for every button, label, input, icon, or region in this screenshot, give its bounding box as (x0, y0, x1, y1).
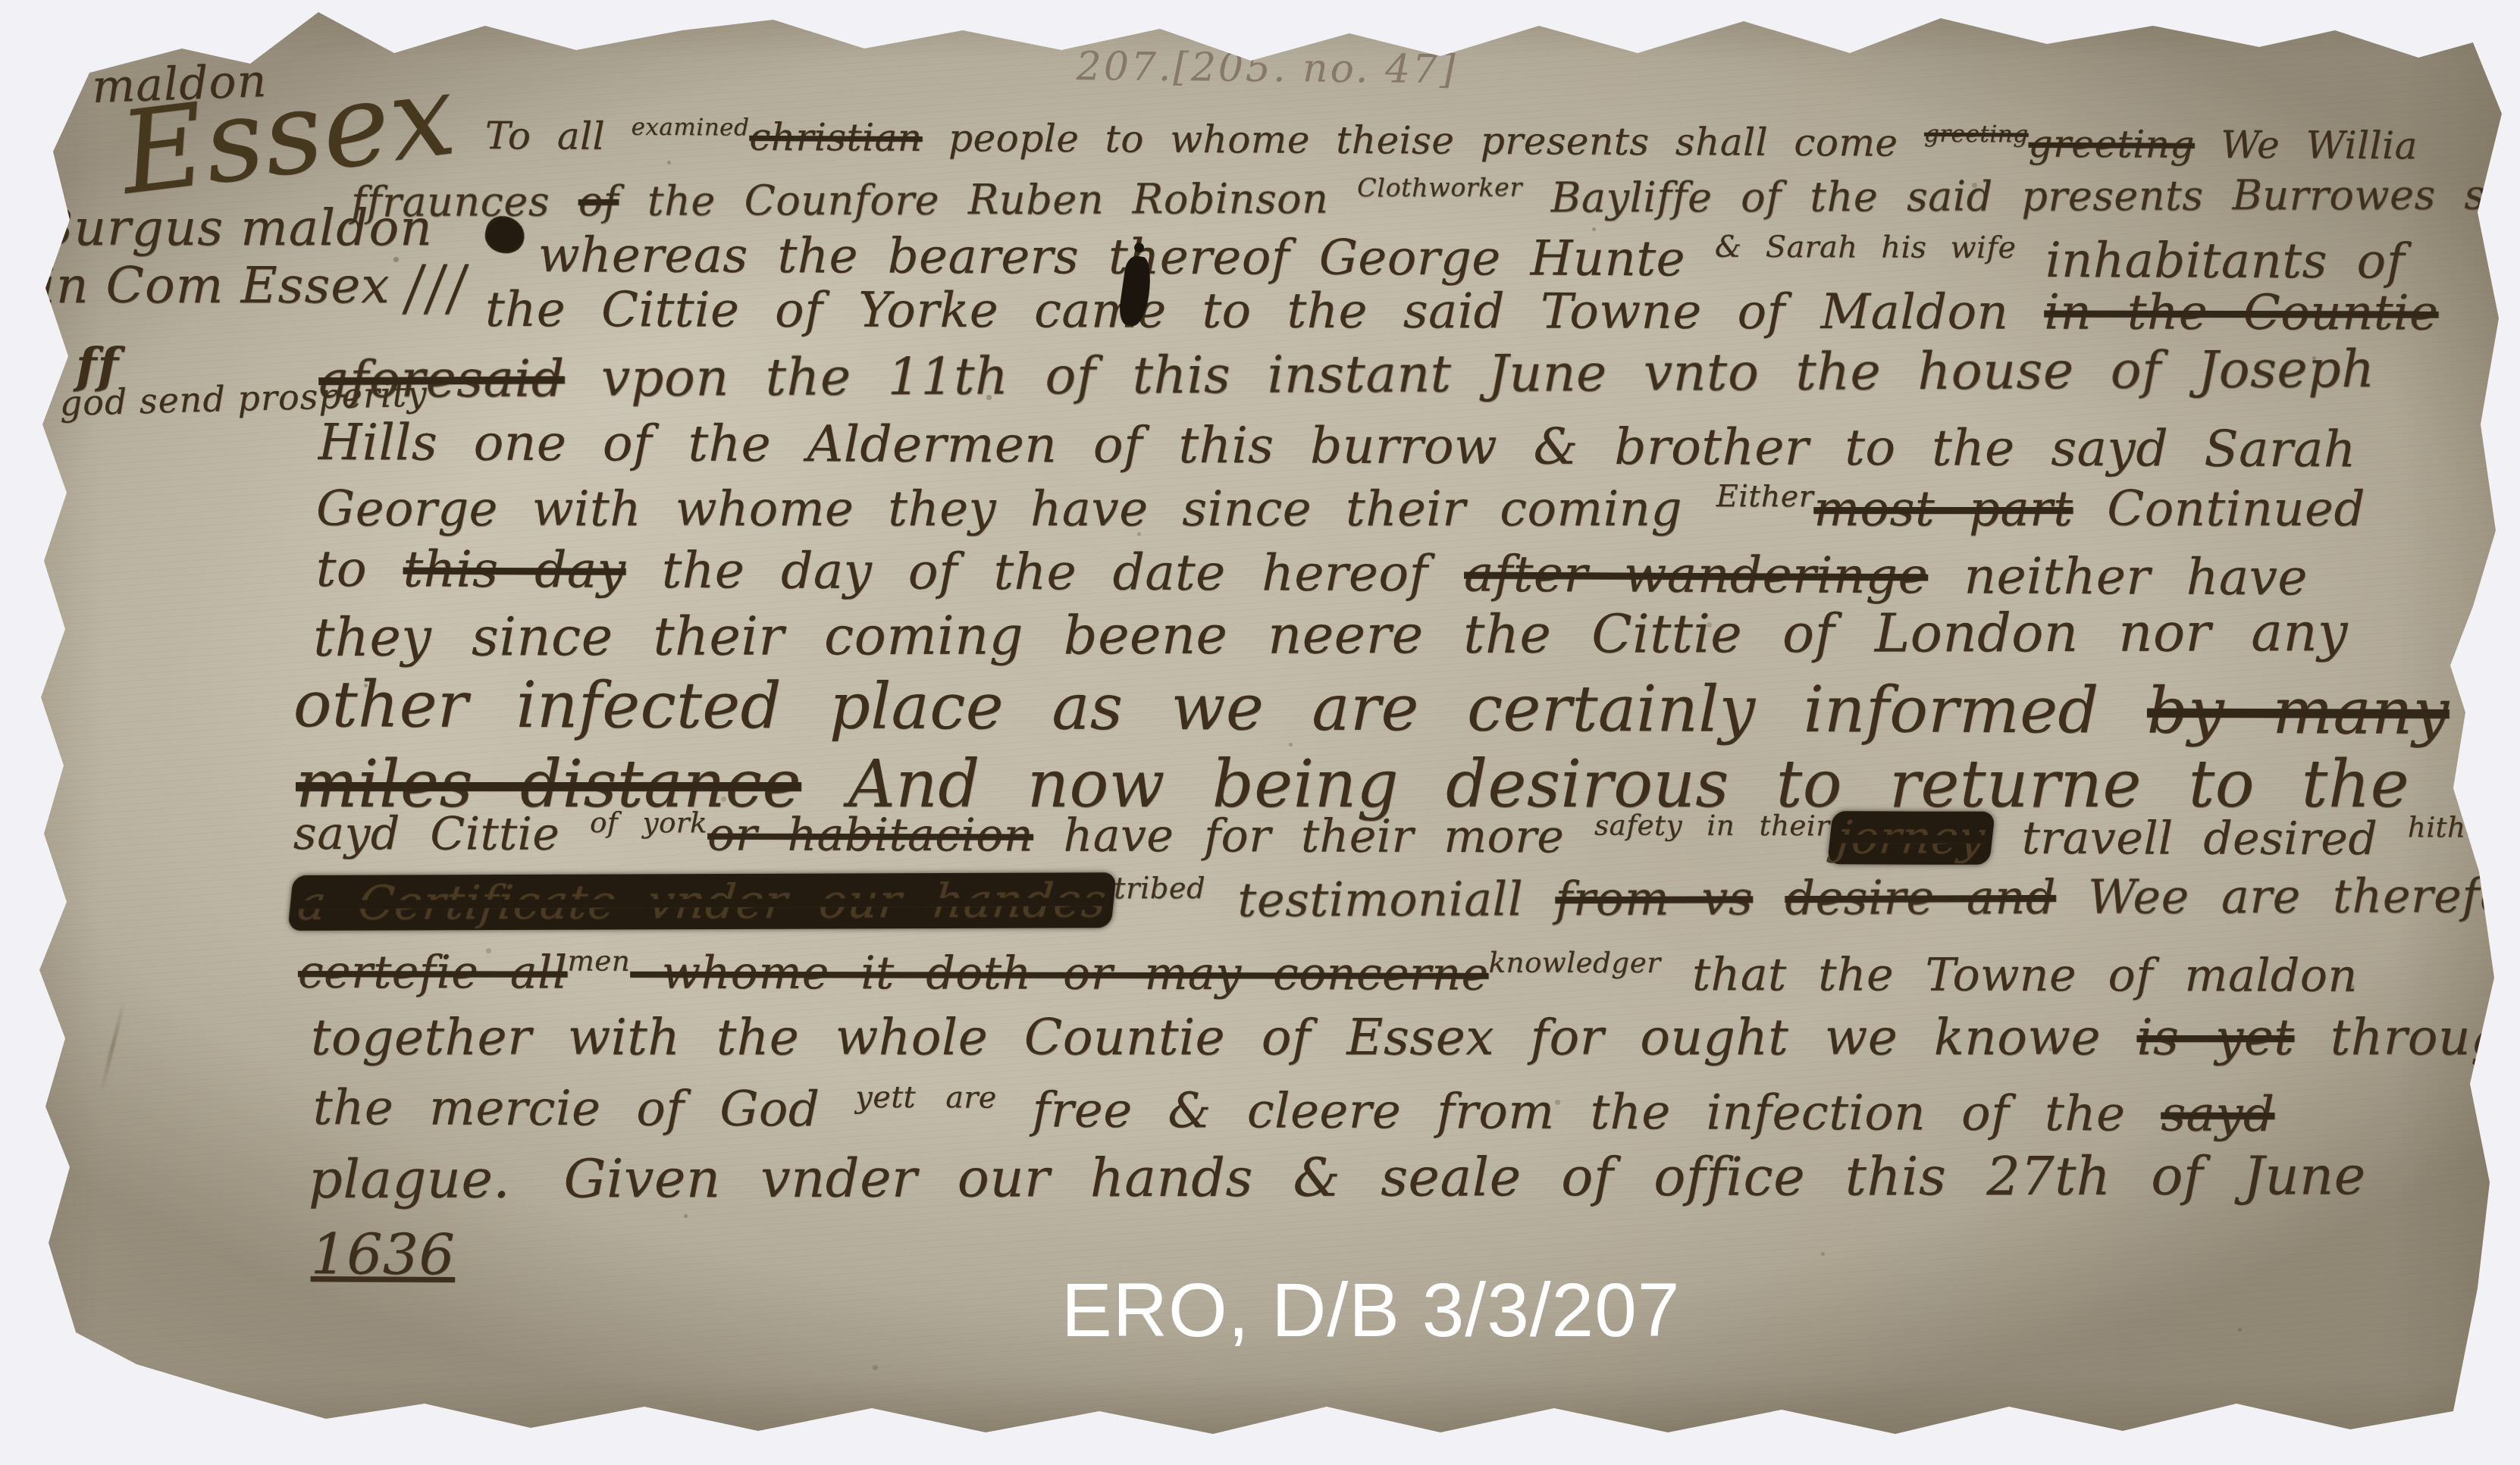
archive-reference-caption: ERO, D/B 3/3/207 (1061, 1267, 1680, 1354)
paper-speckles (0, 0, 4, 4)
interlined-text: men (567, 944, 630, 978)
struck-text: desire and (1785, 869, 2056, 925)
struck-text: most part (1813, 481, 2073, 537)
text-segment: To all (485, 114, 632, 158)
text-segment: people to whome theise presents shall co… (922, 116, 1924, 165)
struck-text: certefie all (298, 946, 568, 1000)
manuscript-line: George with whome they have since their … (316, 481, 2365, 537)
interlined-text: tribed (1114, 872, 1205, 906)
interlined-text: examined (631, 114, 749, 142)
struck-text: whome it doth or may concerne (630, 947, 1488, 1001)
struck-text: by many (2147, 674, 2449, 749)
text-segment: Bayliffe of the said presents Burrowes s… (1522, 170, 2520, 221)
struck-text: christian (749, 115, 923, 160)
interlined-text: hither (2408, 810, 2497, 844)
struck-text: after wanderinge (1464, 545, 1928, 606)
text-segment: Continued (2073, 481, 2365, 537)
text-segment: have for their more (1033, 809, 1594, 864)
text-segment (1753, 870, 1785, 925)
struck-text: sayd (2161, 1087, 2274, 1144)
manuscript-line: certefie allmen whome it doth or may con… (298, 946, 2358, 1003)
text-segment: free & cleere from the infection of the (997, 1082, 2161, 1142)
interlined-struck-text: greeting (1924, 121, 2029, 149)
struck-text: or habitacion (707, 808, 1033, 862)
text-segment: sayd Cittie (293, 807, 590, 861)
text-segment: the Counfore Ruben Robinson (619, 174, 1357, 224)
struck-text: greeting (2028, 122, 2195, 167)
text-segment: testimoniall (1205, 871, 1555, 928)
archivist-number-annotation: 207.[205. no. 47] (1076, 44, 1457, 92)
manuscript-line: a Certificate vnder our handestribed tes… (290, 867, 2520, 931)
manuscript-line: the Cittie of Yorke came to the said Tow… (485, 282, 2439, 341)
flourish-mark: ||| (395, 256, 483, 315)
interlined-text: knowledger (1488, 946, 1660, 979)
manuscript-line: aforesaid vpon the 11th of this instant … (318, 340, 2375, 410)
manuscript-line: they since their coming beene neere the … (313, 601, 2348, 668)
interlined-text: of york (590, 806, 707, 839)
text-segment: other infected place as we are certainly… (293, 667, 2147, 748)
photograph-background: maldon Essex Burgus maldon in Com Essex|… (0, 0, 2520, 1465)
manuscript-line: whereas the bearers thereof George Hunte… (538, 227, 2405, 290)
interlined-text: yett are (855, 1080, 997, 1116)
struck-text: is yet (2136, 1008, 2294, 1066)
blotted-text: jorney (1827, 811, 1995, 865)
struck-text: from vs (1555, 870, 1753, 926)
text-segment: inhabitants of (2016, 233, 2405, 290)
interlined-text: safety in their (1594, 808, 1830, 842)
margin-note-burgus-line2-text: in Com Essex (39, 256, 390, 315)
manuscript-line: together with the whole Countie of Essex… (311, 1008, 2520, 1066)
manuscript-line: to this day the day of the date hereof a… (316, 540, 2308, 606)
struck-text: aforesaid (318, 349, 565, 410)
underlined-text: 1636 (311, 1222, 456, 1288)
interlined-text: Clothworker (1357, 173, 1522, 203)
text-segment: George with whome they have since their … (316, 481, 1716, 537)
text-segment: the day of the date hereof (625, 541, 1464, 603)
text-segment: they since their coming beene neere the … (313, 601, 2348, 668)
text-segment: the Cittie of Yorke came to the said Tow… (485, 282, 2044, 341)
manuscript-line: other infected place as we are certainly… (293, 667, 2449, 749)
manuscript-line: the mercie of God yett are free & cleere… (313, 1080, 2275, 1143)
blotted-text: a Certificate vnder our handes (287, 872, 1117, 931)
text-segment: We Willia (2195, 123, 2418, 168)
text-segment: through (2294, 1008, 2520, 1066)
manuscript-line: Hills one of the Aldermen of this burrow… (318, 413, 2356, 478)
text-segment: the mercie of God (313, 1080, 856, 1138)
margin-note-burgus-line2: in Com Essex||| (39, 256, 471, 315)
text-segment: plague. Given vnder our hands & seale of… (309, 1144, 2366, 1210)
text-segment: Wee are therefore to (2056, 867, 2520, 925)
text-segment: vpon the 11th of this instant June vnto … (565, 340, 2375, 409)
text-segment: travell desired (1992, 812, 2408, 866)
text-segment: ffraunces (351, 177, 578, 226)
text-segment: that the Towne of maldon (1660, 948, 2357, 1003)
text-segment: neither have (1928, 546, 2308, 606)
struck-text: of (578, 177, 619, 225)
manuscript-line: 1636 (311, 1222, 456, 1288)
struck-text: this day (403, 540, 625, 599)
text-segment: to (316, 540, 403, 598)
struck-text: in the Countie (2044, 285, 2438, 342)
interlined-text: & Sarah his wife (1715, 230, 2017, 265)
interlined-text: Either (1716, 479, 1814, 514)
text-segment: Hills one of the Aldermen of this burrow… (318, 413, 2356, 478)
manuscript-line: ffraunces of the Counfore Ruben Robinson… (351, 170, 2520, 226)
text-segment: together with the whole Countie of Essex… (311, 1008, 2136, 1066)
manuscript-line: plague. Given vnder our hands & seale of… (309, 1144, 2366, 1210)
manuscript-paper: maldon Essex Burgus maldon in Com Essex|… (0, 0, 2520, 1465)
manuscript-line: sayd Cittie of yorkor habitacion have fo… (293, 807, 2497, 866)
